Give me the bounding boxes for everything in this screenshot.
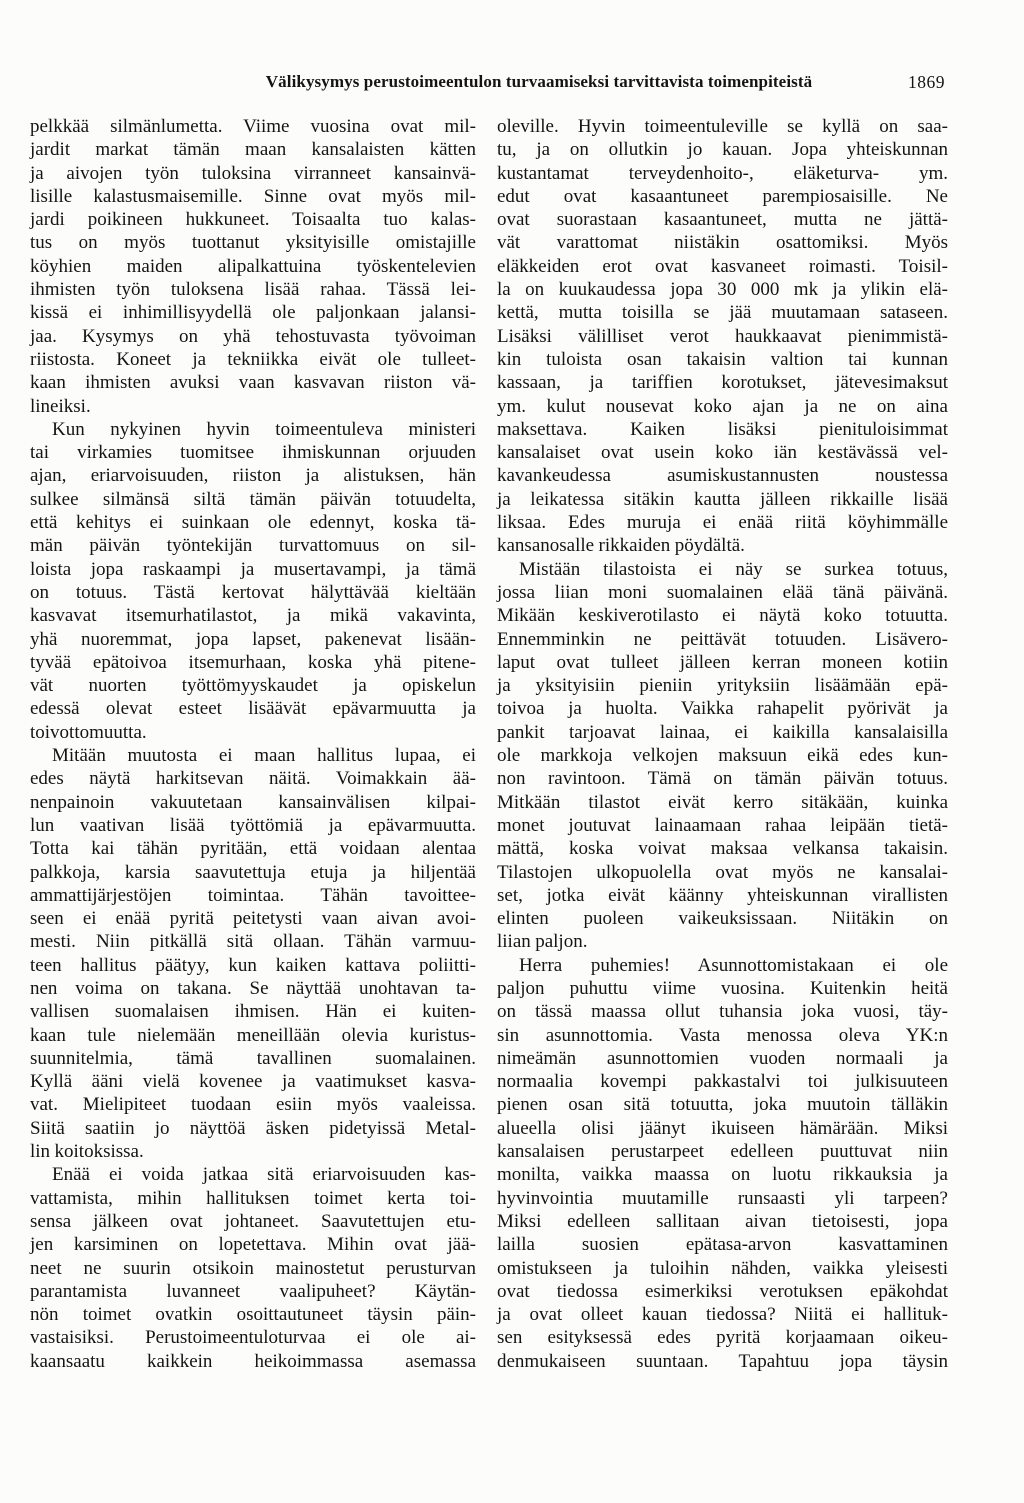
text-line: nimeämän asunnottomien vuoden normaali j… bbox=[497, 1047, 948, 1070]
text-line: edut ovat kasaantuneet parempiosaisille.… bbox=[497, 185, 948, 208]
text-line: vat. Mielipiteet tuodaan esiin myös vaal… bbox=[30, 1093, 476, 1116]
text-column-right: oleville. Hyvin toimeentuleville se kyll… bbox=[497, 115, 948, 1373]
text-line: tai virkamies tuomitsee ihmiskunnan orju… bbox=[30, 441, 476, 464]
text-line: riistosta. Koneet ja tekniikka eivät ole… bbox=[30, 348, 476, 371]
text-line: lineiksi. bbox=[30, 395, 476, 418]
text-line: Kyllä ääni vielä kovenee ja vaatimukset … bbox=[30, 1070, 476, 1093]
text-line: Tilastojen ulkopuolella ovat myös ne kan… bbox=[497, 861, 948, 884]
text-line: suunnitelmia, tämä tavallinen suomalaine… bbox=[30, 1047, 476, 1070]
text-line: hyvinvointia muutamille runsaasti yli ta… bbox=[497, 1187, 948, 1210]
running-header-title: Välikysymys perustoimeentulon turvaamise… bbox=[266, 72, 812, 92]
text-line: ovat tiedossa esimerkiksi verotuksen epä… bbox=[497, 1280, 948, 1303]
text-line: vät nuorten työttömyyskaudet ja opiskelu… bbox=[30, 674, 476, 697]
text-line: ja yksityisiin pieniin yrityksiin lisääm… bbox=[497, 674, 948, 697]
text-line: elinten puoleen vaikeuksissaan. Niitäkin… bbox=[497, 907, 948, 930]
text-line: on totuus. Tästä kertovat hälyttävää kie… bbox=[30, 581, 476, 604]
text-line: palkkoja, karsia saavutettuja etuja ja h… bbox=[30, 861, 476, 884]
text-line: Lisäksi välilliset verot haukkaavat pien… bbox=[497, 325, 948, 348]
text-line: Mitään muutosta ei maan hallitus lupaa, … bbox=[30, 744, 476, 767]
text-line: lun vaativan lisää työttömiä ja epävarmu… bbox=[30, 814, 476, 837]
text-line: Kun nykyinen hyvin toimeentuleva ministe… bbox=[30, 418, 476, 441]
text-line: nenpainoin vakuutetaan kansainvälisen ki… bbox=[30, 791, 476, 814]
text-line: sin asunnottomia. Vasta menossa oleva YK… bbox=[497, 1024, 948, 1047]
text-line: kavankeudessa asumiskustannusten noustes… bbox=[497, 464, 948, 487]
text-line: lin koitoksissa. bbox=[30, 1140, 476, 1163]
text-line: toivottomuutta. bbox=[30, 721, 476, 744]
text-line: on tässä maassa ollut tuhansia joka vuos… bbox=[497, 1000, 948, 1023]
text-line: lailla suosien epätasa-arvon kasvattamin… bbox=[497, 1233, 948, 1256]
text-line: Herra puhemies! Asunnottomistakaan ei ol… bbox=[497, 954, 948, 977]
text-line: kassaan, ja tariffien korotukset, jäteve… bbox=[497, 371, 948, 394]
text-line: pankit tarjoavat lainaa, ei kaikilla kan… bbox=[497, 721, 948, 744]
text-line: ja leikatessa sitäkin kautta jälleen rik… bbox=[497, 488, 948, 511]
text-line: oleville. Hyvin toimeentuleville se kyll… bbox=[497, 115, 948, 138]
text-line: vät varattomat niistäkin osattomiksi. My… bbox=[497, 231, 948, 254]
text-line: pienen osan sitä totuutta, joka muutoin … bbox=[497, 1093, 948, 1116]
text-line: tu, ja on ollutkin jo kauan. Jopa yhteis… bbox=[497, 138, 948, 161]
text-line: män päivän työntekijän turvattomuus on s… bbox=[30, 534, 476, 557]
text-line: sen esityksessä edes pyritä korjaamaan o… bbox=[497, 1326, 948, 1349]
text-line: Siitä saatiin jo näyttöä äsken pidetyiss… bbox=[30, 1117, 476, 1140]
text-line: normaalia kovempi pakkastalvi toi julkis… bbox=[497, 1070, 948, 1093]
text-line: kustantamat terveydenhoito-, eläketurva-… bbox=[497, 162, 948, 185]
text-column-left: pelkkää silmänlumetta. Viime vuosina ova… bbox=[30, 115, 476, 1373]
text-line: ammattijärjestöjen toimintaa. Tähän tavo… bbox=[30, 884, 476, 907]
text-line: kaan ihmisten avuksi vaan kasvavan riist… bbox=[30, 371, 476, 394]
text-line: la on kuukaudessa jopa 30 000 mk ja ylik… bbox=[497, 278, 948, 301]
page-number: 1869 bbox=[908, 72, 945, 93]
text-line: mesti. Niin pitkällä sitä ollaan. Tähän … bbox=[30, 930, 476, 953]
text-line: liian paljon. bbox=[497, 930, 948, 953]
text-line: ole markkoja velkojen maksuun eikä edes … bbox=[497, 744, 948, 767]
text-line: teen hallitus päätyy, kun kaiken kattava… bbox=[30, 954, 476, 977]
text-line: köyhien maiden alipalkattuina työskentel… bbox=[30, 255, 476, 278]
text-line: ajan, eriarvoisuuden, riiston ja alistuk… bbox=[30, 464, 476, 487]
text-line: vallisen suomalaisen ihmisen. Hän ei kui… bbox=[30, 1000, 476, 1023]
text-line: parantamista luvanneet vaalipuheet? Käyt… bbox=[30, 1280, 476, 1303]
text-line: jardi poikineen hukkuneet. Toisaalta tuo… bbox=[30, 208, 476, 231]
text-columns: pelkkää silmänlumetta. Viime vuosina ova… bbox=[30, 115, 948, 1373]
text-line: jaa. Kysymys on yhä tehostuvasta työvoim… bbox=[30, 325, 476, 348]
text-line: kansalaisen perustarpeet edelleen puuttu… bbox=[497, 1140, 948, 1163]
text-line: edessä olevat esteet lisäävät epävarmuut… bbox=[30, 697, 476, 720]
text-line: että kehitys ei suinkaan ole edennyt, ko… bbox=[30, 511, 476, 534]
text-line: tyvää epätoivoa itsemurhaan, koska yhä p… bbox=[30, 651, 476, 674]
text-line: kissä ei inhimillisyydellä ole paljonkaa… bbox=[30, 301, 476, 324]
text-line: Totta kai tähän pyritään, että voidaan a… bbox=[30, 837, 476, 860]
text-line: Ennemminkin ne peittävät totuuden. Lisäv… bbox=[497, 628, 948, 651]
text-line: sulkee silmänsä siltä tämän päivän totuu… bbox=[30, 488, 476, 511]
text-line: toivoa ja huolta. Vaikka rahapelit pyöri… bbox=[497, 697, 948, 720]
text-line: Mitkään tilastot eivät kerro sitäkään, k… bbox=[497, 791, 948, 814]
text-line: Mistään tilastoista ei näy se surkea tot… bbox=[497, 558, 948, 581]
text-line: ja ovat olleet kauan tiedossa? Niitä ei … bbox=[497, 1303, 948, 1326]
text-line: eläkkeiden erot ovat kasvaneet roimasti.… bbox=[497, 255, 948, 278]
text-line: vastaisiksi. Perustoimeentuloturvaa ei o… bbox=[30, 1326, 476, 1349]
document-page: Välikysymys perustoimeentulon turvaamise… bbox=[0, 0, 1024, 1503]
text-line: neet ne suurin otsikoin mainostetut peru… bbox=[30, 1257, 476, 1280]
text-line: ja aivojen työn tuloksina virranneet kan… bbox=[30, 162, 476, 185]
text-line: kasvavat itsemurhatilastot, ja mikä vaka… bbox=[30, 604, 476, 627]
text-line: liksaa. Edes muruja ei enää riitä köyhim… bbox=[497, 511, 948, 534]
text-line: loista jopa raskaampi ja musertavampi, j… bbox=[30, 558, 476, 581]
text-line: kaansaatu kaikkein heikoimmassa asemassa bbox=[30, 1350, 476, 1373]
text-line: kettä, mutta toisilla se jää muutamaan s… bbox=[497, 301, 948, 324]
text-line: jossa liian moni suomalainen elää tänä p… bbox=[497, 581, 948, 604]
text-line: edes näytä harkitsevan näitä. Voimakkain… bbox=[30, 767, 476, 790]
text-line: jardit markat tämän maan kansalaisten kä… bbox=[30, 138, 476, 161]
text-line: lisille kalastusmaisemille. Sinne ovat m… bbox=[30, 185, 476, 208]
text-line: jen karsiminen on lopetettava. Mihin ova… bbox=[30, 1233, 476, 1256]
text-line: kansanosalle rikkaiden pöydältä. bbox=[497, 534, 948, 557]
text-line: tus on myös tuottanut yksityisille omist… bbox=[30, 231, 476, 254]
text-line: vattamista, mihin hallituksen toimet ker… bbox=[30, 1187, 476, 1210]
text-line: nen voima on takana. Se näyttää unohtava… bbox=[30, 977, 476, 1000]
text-line: omistukseen ja tuloihin nähden, vaikka y… bbox=[497, 1257, 948, 1280]
text-line: sensa jälkeen ovat johtaneet. Saavutettu… bbox=[30, 1210, 476, 1233]
text-line: set, jotka eivät käänny yhteiskunnan vir… bbox=[497, 884, 948, 907]
text-line: Miksi edelleen sallitaan aivan tietoises… bbox=[497, 1210, 948, 1233]
text-line: mättä, koska voivat maksaa velkansa taka… bbox=[497, 837, 948, 860]
text-line: seen ei enää pyritä peitetysti vaan aiva… bbox=[30, 907, 476, 930]
text-line: ihmisten työn tuloksena lisää rahaa. Täs… bbox=[30, 278, 476, 301]
text-line: paljon puhuttu viime vuosina. Kuitenkin … bbox=[497, 977, 948, 1000]
text-line: non ravintoon. Tämä on tämän päivän totu… bbox=[497, 767, 948, 790]
text-line: maksettava. Kaiken lisäksi pienituloisim… bbox=[497, 418, 948, 441]
text-line: alueella olisi jäänyt ikuiseen hämärään.… bbox=[497, 1117, 948, 1140]
text-line: ym. kulut nousevat koko ajan ja ne on ai… bbox=[497, 395, 948, 418]
text-line: kin tuloista osan takaisin valtion tai k… bbox=[497, 348, 948, 371]
text-line: nön toimet ovatkin osoittautuneet täysin… bbox=[30, 1303, 476, 1326]
text-line: Mikään keskiverotilasto ei näytä koko to… bbox=[497, 604, 948, 627]
text-line: monilta, vaikka maassa on luotu rikkauks… bbox=[497, 1163, 948, 1186]
text-line: ovat suorastaan kasaantuneet, mutta ne j… bbox=[497, 208, 948, 231]
text-line: pelkkää silmänlumetta. Viime vuosina ova… bbox=[30, 115, 476, 138]
text-line: yhä nuoremmat, jopa lapset, pakenevat li… bbox=[30, 628, 476, 651]
text-line: laput ovat tulleet jälleen kerran moneen… bbox=[497, 651, 948, 674]
text-line: monet joutuvat lainaamaan rahaa leipään … bbox=[497, 814, 948, 837]
text-line: kaan tule nielemään meneillään olevia ku… bbox=[30, 1024, 476, 1047]
text-line: Enää ei voida jatkaa sitä eriarvoisuuden… bbox=[30, 1163, 476, 1186]
text-line: denmukaiseen suuntaan. Tapahtuu jopa täy… bbox=[497, 1350, 948, 1373]
text-line: kansalaiset ovat usein koko iän kestäväs… bbox=[497, 441, 948, 464]
